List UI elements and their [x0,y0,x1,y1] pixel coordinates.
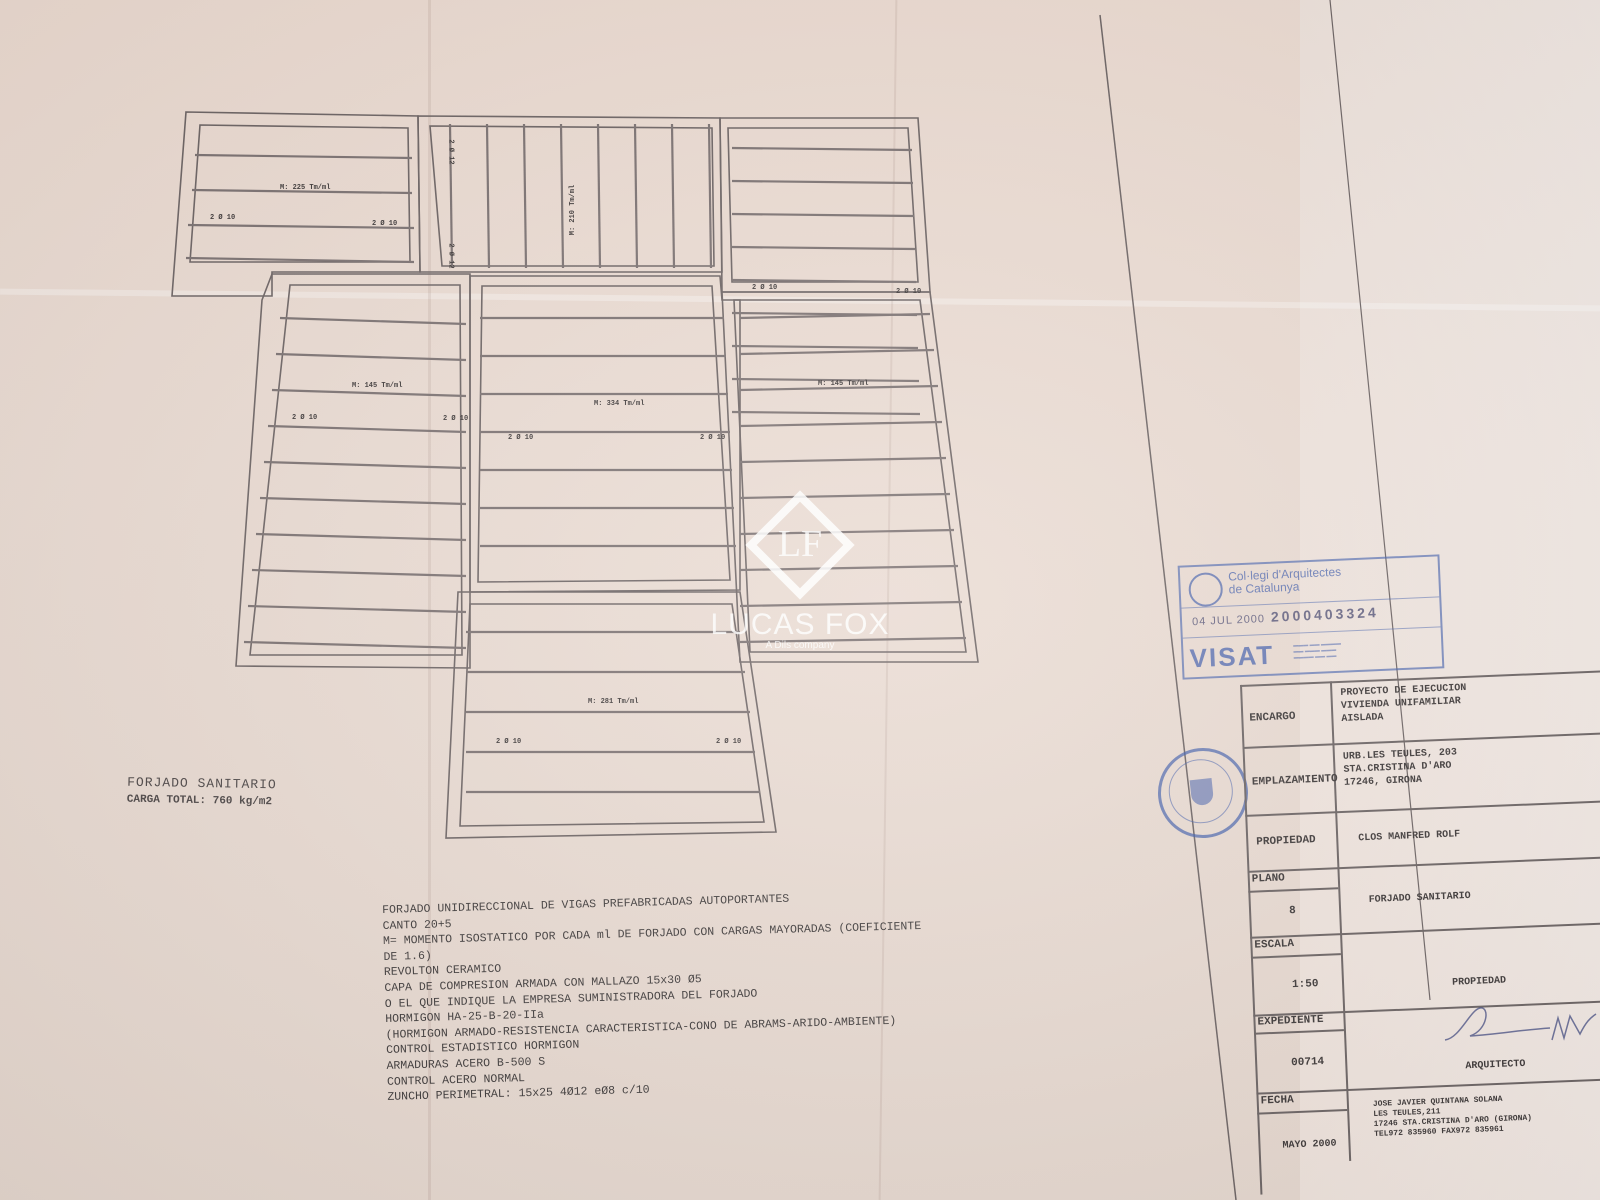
photo-lighting-overlay [0,0,1600,1200]
